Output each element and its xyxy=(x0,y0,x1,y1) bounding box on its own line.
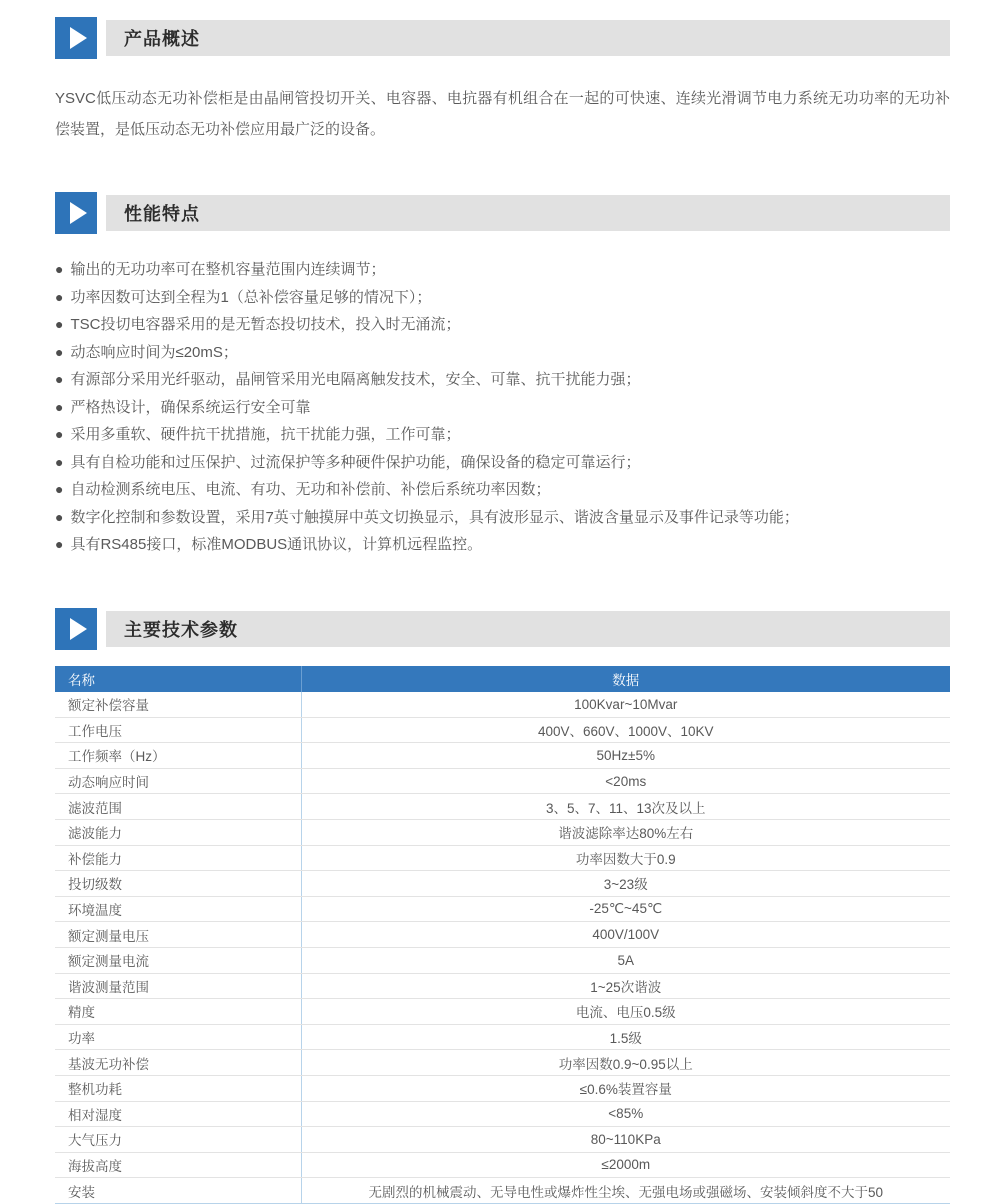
table-row: 精度 电流、电压0.5级 xyxy=(55,999,950,1025)
param-name: 基波无功补偿 xyxy=(55,1050,301,1076)
bullet-icon: ● xyxy=(55,256,63,283)
table-row: 工作频率（Hz） 50Hz±5% xyxy=(55,743,950,769)
param-value: 100Kvar~10Mvar xyxy=(301,692,950,718)
param-name: 相对湿度 xyxy=(55,1101,301,1127)
section-title-bar: 产品概述 xyxy=(106,20,950,56)
table-row: 额定测量电压 400V/100V xyxy=(55,922,950,948)
feature-text: 功率因数可达到全程为1（总补偿容量足够的情况下）； xyxy=(70,285,431,312)
param-name: 投切级数 xyxy=(55,871,301,897)
param-name: 额定测量电压 xyxy=(55,922,301,948)
feature-item: ● TSC投切电容器采用的是无暂态投切技术，投入时无涌流； xyxy=(55,311,950,339)
table-row: 滤波范围 3、5、7、11、13次及以上 xyxy=(55,794,950,820)
table-row: 额定补偿容量 100Kvar~10Mvar xyxy=(55,692,950,718)
bullet-icon: ● xyxy=(55,476,63,503)
table-header-row: 名称 数据 xyxy=(55,666,950,692)
feature-text: 自动检测系统电压、电流、有功、无功和补偿前、补偿后系统功率因数； xyxy=(70,477,550,504)
param-value: -25℃~45℃ xyxy=(301,896,950,922)
param-value: 功率因数大于0.9 xyxy=(301,845,950,871)
tech-params-table: 名称 数据 额定补偿容量 100Kvar~10Mvar 工作电压 400V、66… xyxy=(55,666,950,1204)
feature-item: ● 具有RS485接口，标准MODBUS通讯协议，计算机远程监控。 xyxy=(55,531,950,559)
table-row: 基波无功补偿 功率因数0.9~0.95以上 xyxy=(55,1050,950,1076)
section-title-bar: 性能特点 xyxy=(106,195,950,231)
product-overview-text: YSVC低压动态无功补偿柜是由晶闸管投切开关、电容器、电抗器有机组合在一起的可快… xyxy=(55,83,950,145)
section-header-technical-parameters: 主要技术参数 xyxy=(55,608,950,650)
param-value: 3~23级 xyxy=(301,871,950,897)
table-row: 相对湿度 <85% xyxy=(55,1101,950,1127)
param-name: 补偿能力 xyxy=(55,845,301,871)
table-row: 环境温度 -25℃~45℃ xyxy=(55,896,950,922)
param-name: 额定测量电流 xyxy=(55,947,301,973)
bullet-icon: ● xyxy=(55,311,63,338)
feature-text: 动态响应时间为≤20mS； xyxy=(70,340,237,367)
param-name: 环境温度 xyxy=(55,896,301,922)
section-header-performance-features: 性能特点 xyxy=(55,192,950,234)
table-row: 安装 无剧烈的机械震动、无导电性或爆炸性尘埃、无强电场或强磁场、安装倾斜度不大于… xyxy=(55,1178,950,1204)
param-value: <20ms xyxy=(301,768,950,794)
param-value: 400V、660V、1000V、10KV xyxy=(301,717,950,743)
feature-list: ● 输出的无功功率可在整机容量范围内连续调节； ● 功率因数可达到全程为1（总补… xyxy=(55,256,950,559)
param-name: 海拔高度 xyxy=(55,1152,301,1178)
param-name: 滤波能力 xyxy=(55,819,301,845)
param-value: 80~110KPa xyxy=(301,1127,950,1153)
product-spec-page: 产品概述 YSVC低压动态无功补偿柜是由晶闸管投切开关、电容器、电抗器有机组合在… xyxy=(0,0,986,1204)
feature-text: 采用多重软、硬件抗干扰措施，抗干扰能力强，工作可靠； xyxy=(70,422,460,449)
feature-item: ● 具有自检功能和过压保护、过流保护等多种硬件保护功能，确保设备的稳定可靠运行； xyxy=(55,449,950,477)
param-name: 谐波测量范围 xyxy=(55,973,301,999)
feature-item: ● 采用多重软、硬件抗干扰措施，抗干扰能力强，工作可靠； xyxy=(55,421,950,449)
param-value: 1~25次谐波 xyxy=(301,973,950,999)
param-name: 大气压力 xyxy=(55,1127,301,1153)
param-name: 功率 xyxy=(55,1024,301,1050)
feature-text: 数字化控制和参数设置，采用7英寸触摸屏中英文切换显示，具有波形显示、谐波含量显示… xyxy=(70,505,798,532)
param-name: 安装 xyxy=(55,1178,301,1204)
table-row: 海拔高度 ≤2000m xyxy=(55,1152,950,1178)
feature-text: 有源部分采用光纤驱动，晶闸管采用光电隔离触发技术，安全、可靠、抗干扰能力强； xyxy=(70,367,640,394)
param-value: 谐波滤除率达80%左右 xyxy=(301,819,950,845)
table-row: 补偿能力 功率因数大于0.9 xyxy=(55,845,950,871)
section-header-product-overview: 产品概述 xyxy=(55,17,950,59)
feature-text: 具有RS485接口，标准MODBUS通讯协议，计算机远程监控。 xyxy=(70,532,482,559)
table-row: 大气压力 80~110KPa xyxy=(55,1127,950,1153)
feature-item: ● 数字化控制和参数设置，采用7英寸触摸屏中英文切换显示，具有波形显示、谐波含量… xyxy=(55,504,950,532)
feature-item: ● 动态响应时间为≤20mS； xyxy=(55,339,950,367)
feature-item: ● 严格热设计，确保系统运行安全可靠 xyxy=(55,394,950,422)
table-header-value: 数据 xyxy=(301,666,950,692)
play-icon xyxy=(55,17,97,59)
param-name: 精度 xyxy=(55,999,301,1025)
feature-text: TSC投切电容器采用的是无暂态投切技术，投入时无涌流； xyxy=(70,312,460,339)
section-performance-features: 性能特点 ● 输出的无功功率可在整机容量范围内连续调节； ● 功率因数可达到全程… xyxy=(55,192,950,559)
param-value: 50Hz±5% xyxy=(301,743,950,769)
param-value: 功率因数0.9~0.95以上 xyxy=(301,1050,950,1076)
table-row: 额定测量电流 5A xyxy=(55,947,950,973)
param-name: 动态响应时间 xyxy=(55,768,301,794)
feature-text: 具有自检功能和过压保护、过流保护等多种硬件保护功能，确保设备的稳定可靠运行； xyxy=(70,450,640,477)
feature-item: ● 自动检测系统电压、电流、有功、无功和补偿前、补偿后系统功率因数； xyxy=(55,476,950,504)
table-row: 滤波能力 谐波滤除率达80%左右 xyxy=(55,819,950,845)
table-row: 动态响应时间 <20ms xyxy=(55,768,950,794)
table-row: 工作电压 400V、660V、1000V、10KV xyxy=(55,717,950,743)
param-name: 工作电压 xyxy=(55,717,301,743)
param-value: 3、5、7、11、13次及以上 xyxy=(301,794,950,820)
table-row: 投切级数 3~23级 xyxy=(55,871,950,897)
feature-item: ● 输出的无功功率可在整机容量范围内连续调节； xyxy=(55,256,950,284)
param-name: 工作频率（Hz） xyxy=(55,743,301,769)
param-value: 电流、电压0.5级 xyxy=(301,999,950,1025)
table-row: 谐波测量范围 1~25次谐波 xyxy=(55,973,950,999)
bullet-icon: ● xyxy=(55,421,63,448)
param-name: 整机功耗 xyxy=(55,1075,301,1101)
section-title-bar: 主要技术参数 xyxy=(106,611,950,647)
bullet-icon: ● xyxy=(55,284,63,311)
feature-item: ● 有源部分采用光纤驱动，晶闸管采用光电隔离触发技术，安全、可靠、抗干扰能力强； xyxy=(55,366,950,394)
param-value: <85% xyxy=(301,1101,950,1127)
feature-text: 输出的无功功率可在整机容量范围内连续调节； xyxy=(70,257,385,284)
section-title-performance-features: 性能特点 xyxy=(106,200,200,226)
bullet-icon: ● xyxy=(55,339,63,366)
bullet-icon: ● xyxy=(55,531,63,558)
bullet-icon: ● xyxy=(55,394,63,421)
bullet-icon: ● xyxy=(55,449,63,476)
param-value: 400V/100V xyxy=(301,922,950,948)
bullet-icon: ● xyxy=(55,366,63,393)
play-icon xyxy=(55,192,97,234)
play-icon xyxy=(55,608,97,650)
table-row: 功率 1.5级 xyxy=(55,1024,950,1050)
feature-text: 严格热设计，确保系统运行安全可靠 xyxy=(70,395,310,422)
param-value: 1.5级 xyxy=(301,1024,950,1050)
feature-item: ● 功率因数可达到全程为1（总补偿容量足够的情况下）； xyxy=(55,284,950,312)
table-header-name: 名称 xyxy=(55,666,301,692)
section-technical-parameters: 主要技术参数 名称 数据 额定补偿容量 100Kvar~10Mvar xyxy=(55,608,950,1204)
section-product-overview: 产品概述 YSVC低压动态无功补偿柜是由晶闸管投切开关、电容器、电抗器有机组合在… xyxy=(55,17,950,145)
param-name: 滤波范围 xyxy=(55,794,301,820)
table-row: 整机功耗 ≤0.6%装置容量 xyxy=(55,1075,950,1101)
section-title-product-overview: 产品概述 xyxy=(106,25,200,51)
param-value: ≤0.6%装置容量 xyxy=(301,1075,950,1101)
param-name: 额定补偿容量 xyxy=(55,692,301,718)
table-body: 额定补偿容量 100Kvar~10Mvar 工作电压 400V、660V、100… xyxy=(55,692,950,1204)
param-value: 无剧烈的机械震动、无导电性或爆炸性尘埃、无强电场或强磁场、安装倾斜度不大于50 xyxy=(301,1178,950,1204)
bullet-icon: ● xyxy=(55,504,63,531)
section-title-technical-parameters: 主要技术参数 xyxy=(106,616,238,642)
param-value: ≤2000m xyxy=(301,1152,950,1178)
param-value: 5A xyxy=(301,947,950,973)
